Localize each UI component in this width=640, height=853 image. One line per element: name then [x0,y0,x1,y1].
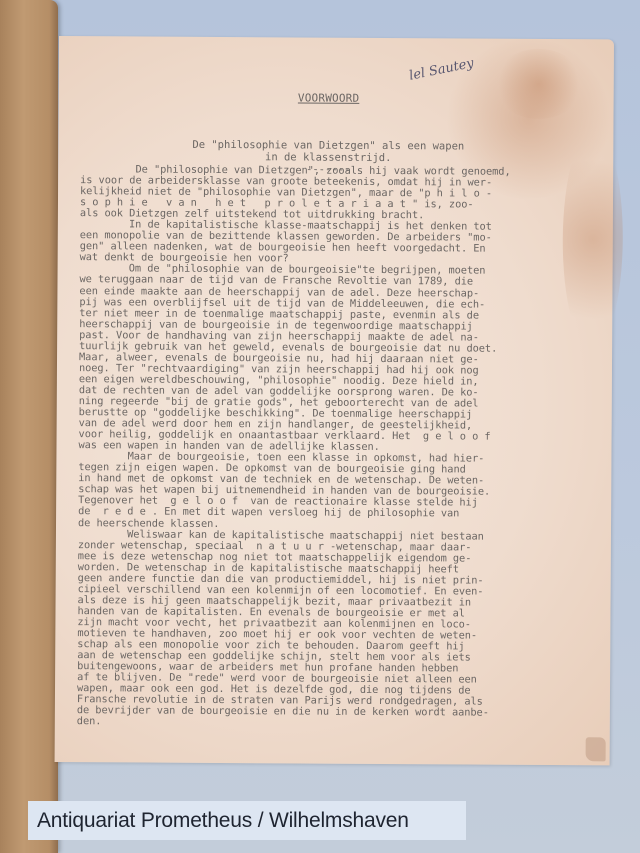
page-heading: VOORWOORD [59,90,599,106]
page-corner-fold [586,737,606,761]
body-text: De "philosophie van Dietzgen", zooals hi… [77,164,600,731]
book-cover-edge [0,0,58,853]
seller-label: Antiquariat Prometheus / Wilhelmshaven [28,801,466,840]
document-page: lel Sautey VOORWOORD De "philosophie van… [55,36,614,765]
water-stain [494,49,584,120]
text-line: den. [77,716,597,730]
handwritten-signature: lel Sautey [408,56,475,84]
seller-label-text: Antiquariat Prometheus / Wilhelmshaven [28,809,409,833]
